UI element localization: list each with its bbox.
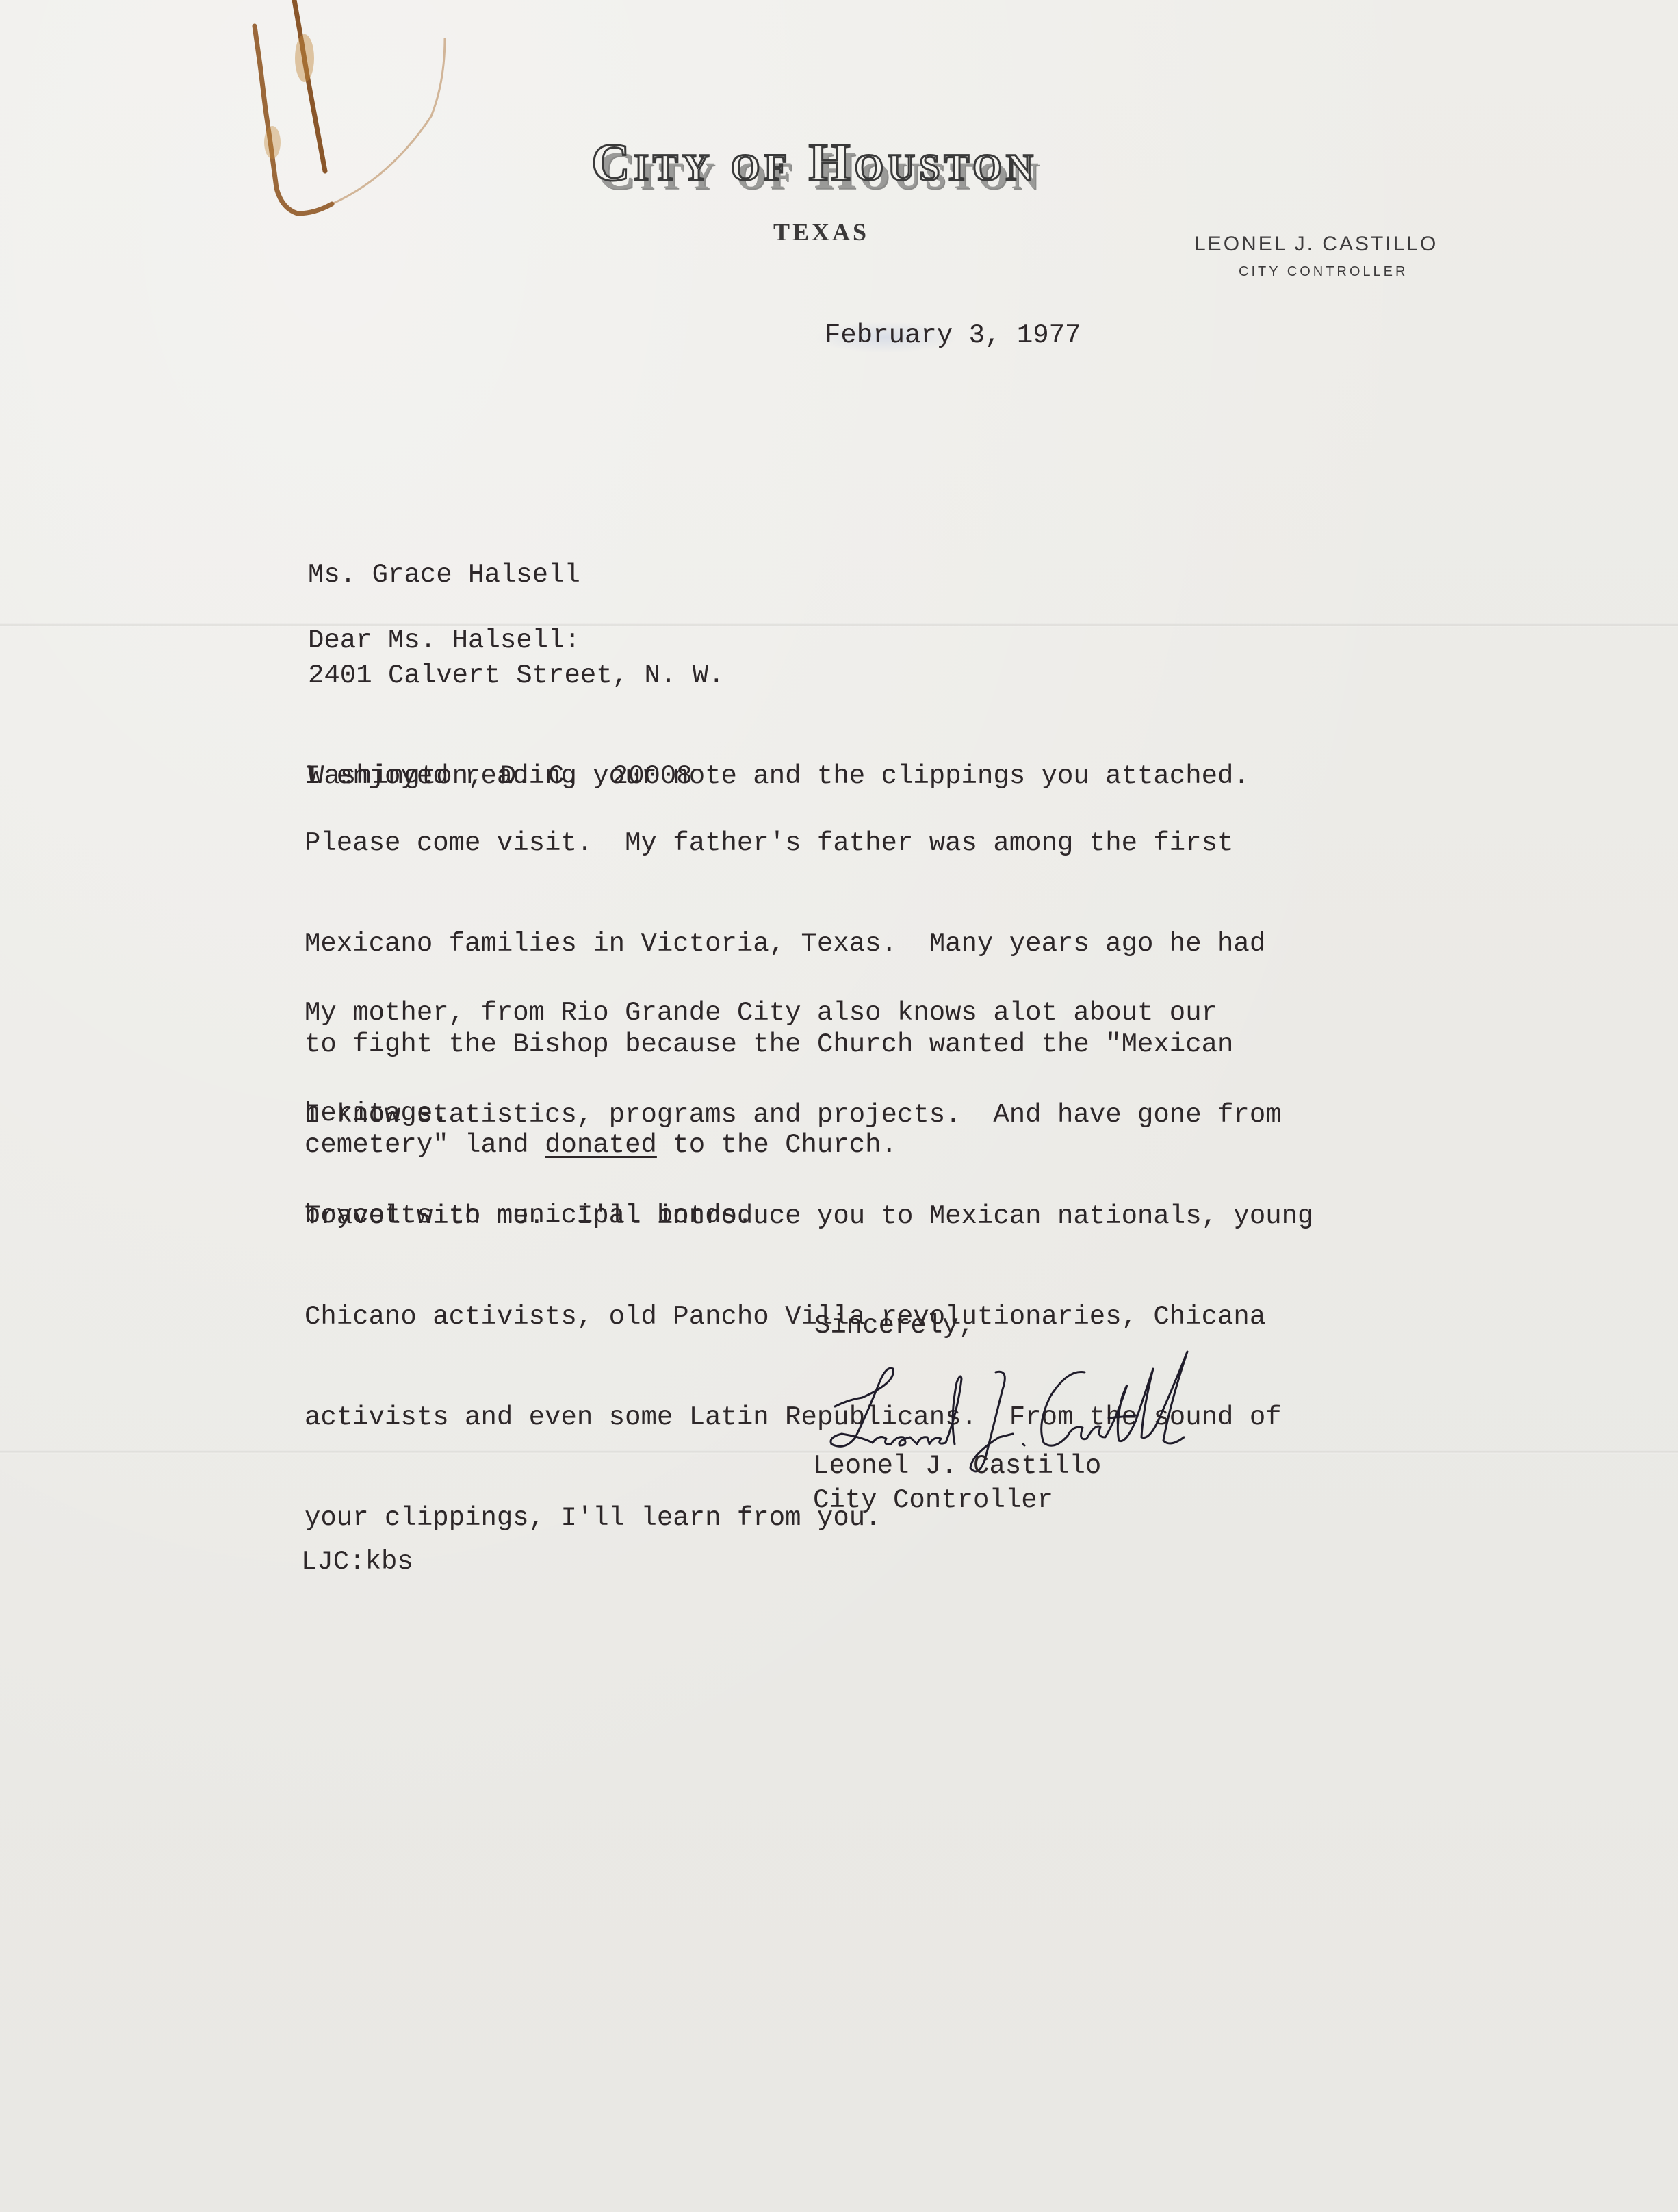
salutation: Dear Ms. Halsell: bbox=[308, 624, 580, 658]
letterhead-official-title: CITY CONTROLLER bbox=[1239, 264, 1408, 280]
signer-typed-name: Leonel J. Castillo bbox=[813, 1450, 1101, 1483]
letterhead-state: TEXAS bbox=[684, 218, 958, 246]
signer-typed-title: City Controller bbox=[813, 1484, 1053, 1517]
recipient-street: 2401 Calvert Street, N. W. bbox=[308, 659, 725, 693]
recipient-name: Ms. Grace Halsell bbox=[308, 558, 725, 592]
body-line: Chicano activists, old Pancho Villa revo… bbox=[305, 1300, 1313, 1334]
letterhead-title: City of Houston bbox=[513, 136, 1115, 189]
body-line: My mother, from Rio Grande City also kno… bbox=[305, 996, 1217, 1030]
fold-crease bbox=[0, 623, 1678, 627]
rust-stain-mark bbox=[205, 0, 479, 233]
body-line: your clippings, I'll learn from you. bbox=[305, 1502, 1313, 1535]
body-line: Please come visit. My father's father wa… bbox=[305, 827, 1265, 860]
reference-initials: LJC:kbs bbox=[301, 1545, 413, 1579]
letterhead-official-name: LEONEL J. CASTILLO bbox=[1194, 233, 1438, 256]
body-line: Travel with me. I'll introduce you to Me… bbox=[305, 1200, 1313, 1233]
body-line: I know statistics, programs and projects… bbox=[305, 1098, 1282, 1132]
letter-date: February 3, 1977 bbox=[825, 319, 1081, 352]
closing: Sincerely, bbox=[814, 1309, 974, 1343]
